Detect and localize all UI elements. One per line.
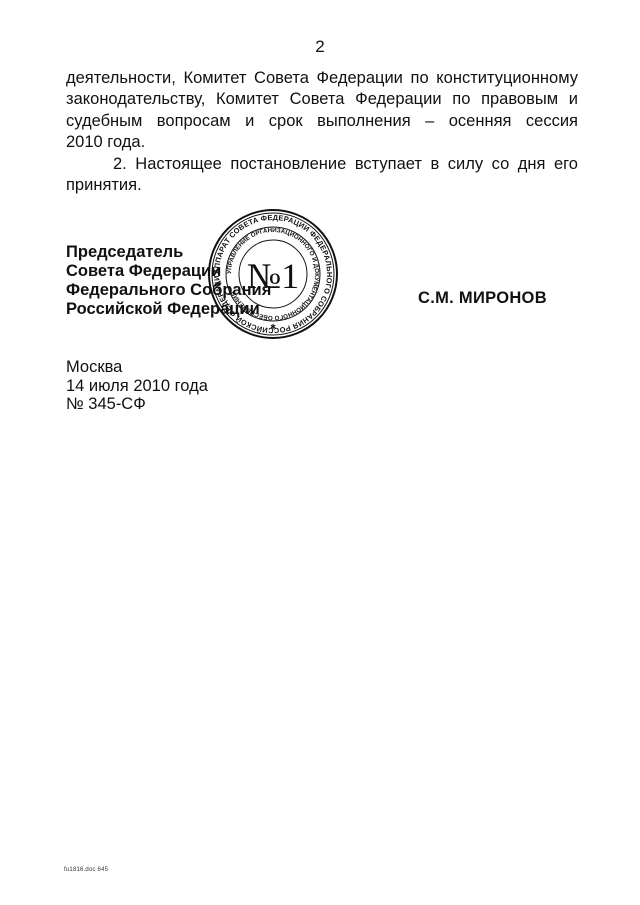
place-and-date: Москва 14 июля 2010 года № 345-СФ: [66, 358, 208, 414]
city: Москва: [66, 358, 208, 377]
date: 14 июля 2010 года: [66, 377, 208, 396]
paragraph-1-line: законодательству, Комитет Совета Федерац…: [66, 89, 578, 110]
paragraph-1-line: 2010 года.: [66, 132, 578, 153]
document-number: № 345-СФ: [66, 395, 208, 414]
paragraph-1-line: судебным вопросам и срок выполнения – ос…: [66, 111, 578, 132]
official-seal-icon: АППАРАТ СОВЕТА ФЕДЕРАЦИИ ФЕДЕРАЛЬНОГО СО…: [207, 208, 339, 340]
signer-name: С.М. МИРОНОВ: [418, 289, 547, 308]
footer-file-code: fu1816.doc 645: [64, 867, 108, 873]
seal-star-icon: ✱: [270, 323, 276, 331]
paragraph-1-line: деятельности, Комитет Совета Федерации п…: [66, 68, 578, 89]
page-number: 2: [0, 37, 640, 57]
paragraph-2-line: 2. Настоящее постановление вступает в си…: [66, 154, 578, 175]
resolution-text: деятельности, Комитет Совета Федерации п…: [66, 68, 578, 196]
seal-center-number: №1: [247, 256, 299, 296]
paragraph-2-line: принятия.: [66, 175, 578, 196]
